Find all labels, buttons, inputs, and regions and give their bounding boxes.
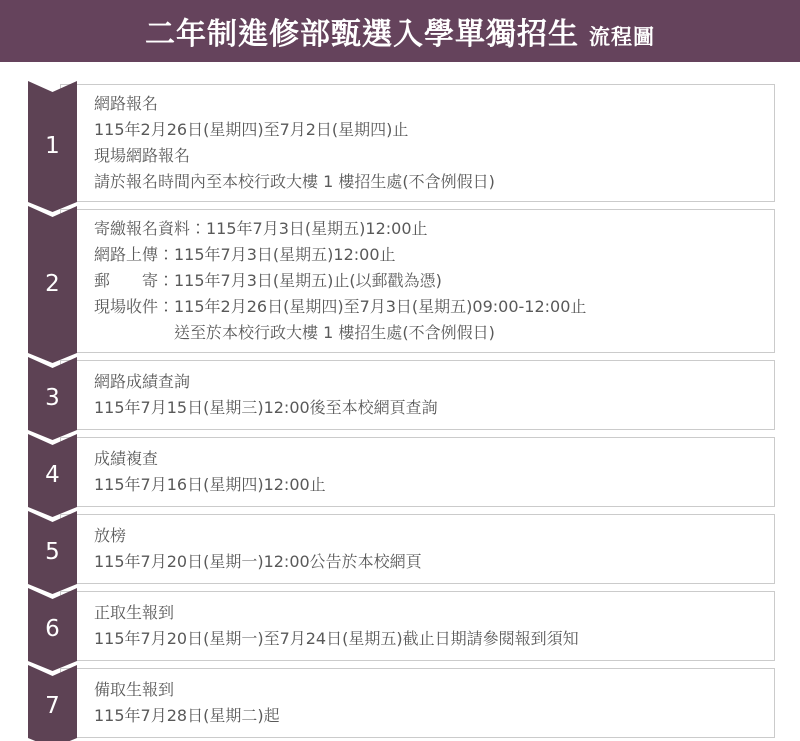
step-line: 現場收件：115年2月26日(星期四)至7月3日(星期五)09:00-12:00… (94, 294, 759, 320)
page-title: 二年制進修部甄選入學單獨招生 流程圖 (145, 9, 655, 53)
step-lines: 成績複查115年7月16日(星期四)12:00止 (94, 446, 759, 498)
step-line: 郵 寄：115年7月3日(星期五)止(以郵戳為憑) (94, 268, 759, 294)
step-row: 3 網路成績查詢115年7月15日(星期三)12:00後至本校網頁查詢 (60, 360, 775, 430)
step-number-ribbon: 1 (28, 81, 77, 212)
step-line: 現場網路報名 (94, 143, 759, 169)
step-row: 2 寄繳報名資料：115年7月3日(星期五)12:00止網路上傳：115年7月3… (60, 209, 775, 353)
step-number: 1 (45, 135, 60, 158)
step-line: 115年7月20日(星期一)12:00公告於本校網頁 (94, 549, 759, 575)
step-box: 備取生報到115年7月28日(星期二)起 (60, 668, 775, 738)
step-number: 3 (45, 387, 60, 410)
step-number: 5 (45, 541, 60, 564)
step-number-ribbon: 5 (28, 511, 77, 594)
step-number-ribbon: 6 (28, 588, 77, 671)
step-box: 網路成績查詢115年7月15日(星期三)12:00後至本校網頁查詢 (60, 360, 775, 430)
step-number: 6 (45, 618, 60, 641)
step-box: 網路報名115年2月26日(星期四)至7月2日(星期四)止現場網路報名請於報名時… (60, 84, 775, 202)
step-number: 7 (45, 695, 60, 718)
step-line: 放榜 (94, 523, 759, 549)
header-banner: 二年制進修部甄選入學單獨招生 流程圖 (0, 0, 800, 62)
step-lines: 備取生報到115年7月28日(星期二)起 (94, 677, 759, 729)
step-lines: 正取生報到115年7月20日(星期一)至7月24日(星期五)截止日期請參閱報到須… (94, 600, 759, 652)
flow-steps: 1 網路報名115年2月26日(星期四)至7月2日(星期四)止現場網路報名請於報… (60, 84, 775, 738)
step-line: 正取生報到 (94, 600, 759, 626)
step-number: 4 (45, 464, 60, 487)
step-box: 成績複查115年7月16日(星期四)12:00止 (60, 437, 775, 507)
step-row: 6 正取生報到115年7月20日(星期一)至7月24日(星期五)截止日期請參閱報… (60, 591, 775, 661)
step-box: 正取生報到115年7月20日(星期一)至7月24日(星期五)截止日期請參閱報到須… (60, 591, 775, 661)
step-line: 寄繳報名資料：115年7月3日(星期五)12:00止 (94, 216, 759, 242)
step-line: 送至於本校行政大樓 1 樓招生處(不含例假日) (94, 320, 759, 346)
page-title-sub: 流程圖 (589, 21, 655, 51)
step-line: 網路報名 (94, 91, 759, 117)
step-lines: 網路成績查詢115年7月15日(星期三)12:00後至本校網頁查詢 (94, 369, 759, 421)
step-line: 115年7月16日(星期四)12:00止 (94, 472, 759, 498)
step-number-ribbon: 4 (28, 434, 77, 517)
step-line: 115年7月20日(星期一)至7月24日(星期五)截止日期請參閱報到須知 (94, 626, 759, 652)
step-lines: 寄繳報名資料：115年7月3日(星期五)12:00止網路上傳：115年7月3日(… (94, 216, 759, 346)
step-number-ribbon: 3 (28, 357, 77, 440)
step-number: 2 (45, 273, 60, 296)
step-row: 1 網路報名115年2月26日(星期四)至7月2日(星期四)止現場網路報名請於報… (60, 84, 775, 202)
step-line: 115年2月26日(星期四)至7月2日(星期四)止 (94, 117, 759, 143)
step-line: 115年7月15日(星期三)12:00後至本校網頁查詢 (94, 395, 759, 421)
step-line: 成績複查 (94, 446, 759, 472)
step-box: 寄繳報名資料：115年7月3日(星期五)12:00止網路上傳：115年7月3日(… (60, 209, 775, 353)
step-number-ribbon: 7 (28, 665, 77, 741)
step-box: 放榜115年7月20日(星期一)12:00公告於本校網頁 (60, 514, 775, 584)
step-line: 網路成績查詢 (94, 369, 759, 395)
step-line: 網路上傳：115年7月3日(星期五)12:00止 (94, 242, 759, 268)
step-row: 5 放榜115年7月20日(星期一)12:00公告於本校網頁 (60, 514, 775, 584)
step-line: 請於報名時間內至本校行政大樓 1 樓招生處(不含例假日) (94, 169, 759, 195)
step-row: 4 成績複查115年7月16日(星期四)12:00止 (60, 437, 775, 507)
step-lines: 網路報名115年2月26日(星期四)至7月2日(星期四)止現場網路報名請於報名時… (94, 91, 759, 195)
page-title-main: 二年制進修部甄選入學單獨招生 (145, 9, 579, 53)
step-line: 備取生報到 (94, 677, 759, 703)
step-number-ribbon: 2 (28, 206, 77, 363)
step-line: 115年7月28日(星期二)起 (94, 703, 759, 729)
step-row: 7 備取生報到115年7月28日(星期二)起 (60, 668, 775, 738)
step-lines: 放榜115年7月20日(星期一)12:00公告於本校網頁 (94, 523, 759, 575)
